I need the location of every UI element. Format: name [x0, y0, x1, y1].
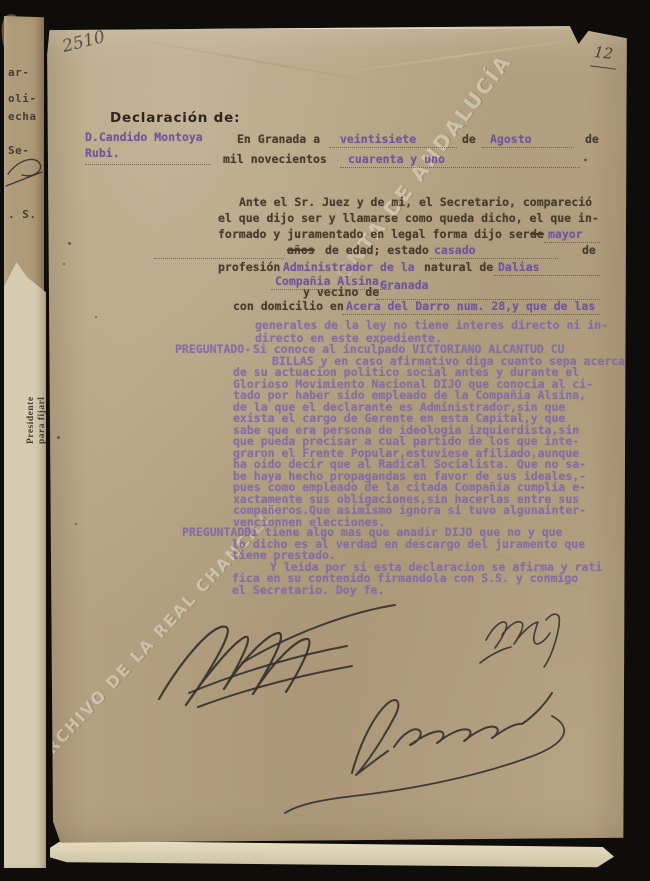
intro-line: de edad; estado: [325, 245, 429, 257]
typed-line: el Secretario. Doy fe.: [232, 585, 384, 597]
fragment-text: oli-: [8, 92, 37, 105]
form-dotted-line: [482, 146, 574, 148]
underlying-page-edge: [4, 262, 46, 868]
declarant-name: D.Candido Montoya: [85, 132, 203, 144]
declarant-name-2: Rubi.: [85, 148, 120, 160]
form-dotted-line: [329, 146, 457, 148]
fragment-text: . S.: [8, 208, 37, 221]
form-dotted-line: [85, 163, 211, 165]
filled-year: cuarenta y uno: [348, 154, 445, 166]
filled-estado: casado: [434, 245, 476, 257]
printed-de: de: [582, 245, 596, 257]
paper-speck: [63, 263, 65, 265]
printed-de: de: [462, 134, 476, 146]
struck-word: años: [287, 245, 315, 257]
printed-period: .: [582, 152, 589, 164]
printed-profesion: profesión: [218, 262, 280, 274]
paper-speck: [68, 242, 71, 245]
printed-natural-de: natural de: [424, 262, 493, 274]
filled-vecino: Granada: [380, 280, 428, 292]
form-dotted-line: [342, 313, 600, 315]
filled-domicilio: Acera del Darro num. 28,y que de las: [346, 301, 595, 313]
intro-line: Ante el Sr. Juez y de mi, el Secretario,…: [239, 197, 592, 209]
form-dotted-line: [154, 257, 284, 259]
intro-line: formado y juramentado en legal forma dij…: [218, 229, 530, 241]
filled-natural: Dalias: [498, 262, 540, 274]
intro-line: el que dijo ser y llamarse como queda di…: [218, 213, 599, 225]
printed-de: de: [585, 134, 599, 146]
filled-month: Agosto: [490, 134, 532, 146]
form-dotted-line: [430, 257, 558, 259]
filled-profesion: Administrador de la: [283, 262, 415, 274]
paper-speck: [75, 523, 77, 525]
rotated-fragment-text: Presidente para fijarl: [26, 396, 48, 444]
form-dotted-line: [494, 274, 600, 276]
question-label: PREGUNTADO-: [175, 344, 251, 356]
fragment-text: echa: [8, 110, 37, 123]
paper-speck: [57, 436, 60, 439]
filled-day: veintisiete: [340, 134, 416, 146]
form-dotted-line: [340, 166, 580, 168]
fragment-text: Se-: [8, 144, 29, 157]
document-page: ARCHIVO DE LA REAL CHANCILLERÍA JUNTA DE…: [46, 26, 628, 846]
printed-domicilio: con domicilio en: [233, 301, 344, 313]
struck-word: de: [530, 229, 544, 241]
scanned-document-background: ar- oli- echa Se- . S. Presidente para f…: [0, 0, 650, 881]
handwritten-flourish: [4, 16, 44, 236]
typed-line: generales de la ley no tiene interes dir…: [255, 320, 608, 332]
printed-vecino-de: y vecino de: [303, 287, 379, 299]
filled-mayor: mayor: [548, 229, 583, 241]
form-heading: Declaración de:: [110, 110, 240, 126]
bottom-page-edge: [50, 841, 614, 868]
paper-speck: [95, 316, 97, 318]
printed-place: En Granada a: [237, 134, 320, 146]
pencil-page-number: 12: [593, 43, 614, 63]
fragment-text: ar-: [8, 66, 29, 79]
printed-year-prefix: mil novecientos: [223, 154, 327, 166]
typed-text-layer: Declaración de: D.Candido Montoya Rubi. …: [46, 26, 628, 846]
